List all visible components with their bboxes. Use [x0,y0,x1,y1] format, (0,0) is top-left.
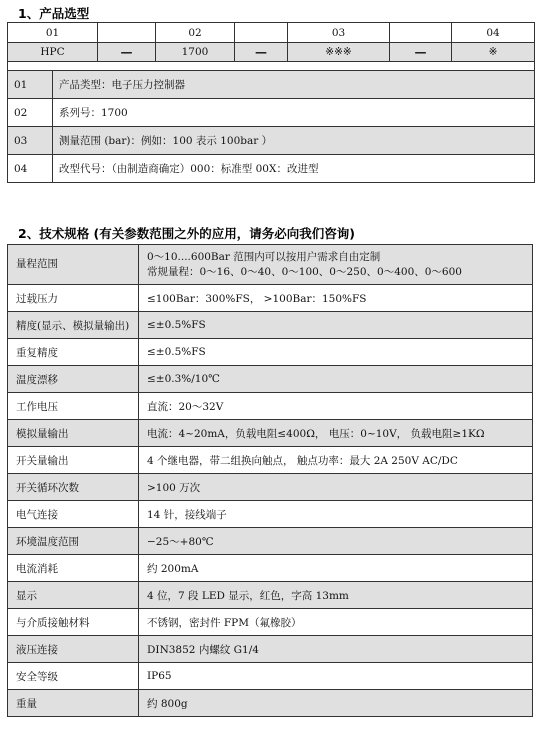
spec-label: 开关量输出 [8,447,139,474]
spec-value: ≤100Bar：300%FS， >100Bar：150%FS [139,285,533,312]
selection-header-row: 01 02 03 04 [8,23,535,43]
code-cell-range: ※※※ [288,43,390,62]
header-cell-sep3 [390,23,452,43]
spec-label: 安全等级 [8,663,139,690]
spec-row: 重量约 800g [8,690,533,717]
spec-value: 电流：4~20mA，负载电阻≤400Ω， 电压：0~10V， 负载电阻≥1KΩ [139,420,533,447]
spec-value: >100 万次 [139,474,533,501]
spec-value: 直流：20～32V [139,393,533,420]
desc-text: 改型代号：（由制造商确定）000：标准型 00X：改进型 [53,155,535,183]
spec-row: 开关循环次数>100 万次 [8,474,533,501]
code-cell-hpc: HPC [8,43,98,62]
header-cell-03: 03 [288,23,390,43]
desc-code: 02 [8,99,53,127]
desc-row: 04 改型代号：（由制造商确定）000：标准型 00X：改进型 [8,155,535,183]
spec-label: 电气连接 [8,501,139,528]
spec-row: 量程范围 0～10....600Bar 范围内可以按用户需求自由定制 常规量程：… [8,245,533,285]
spec-label: 精度(显示、模拟量输出) [8,312,139,339]
spec-row: 工作电压直流：20～32V [8,393,533,420]
code-dash-3: — [390,43,452,62]
spec-label: 重量 [8,690,139,717]
header-cell-sep2 [235,23,288,43]
desc-text: 测量范围 (bar)：例如：100 表示 100bar ） [53,127,535,155]
section1-title: 1、产品选型 [18,4,89,22]
spec-label: 与介质接触材料 [8,609,139,636]
spec-label: 开关循环次数 [8,474,139,501]
spec-row: 电气连接14 针，接线端子 [8,501,533,528]
spec-value: 不锈钢，密封件 FPM（氟橡胶） [139,609,533,636]
spec-row: 与介质接触材料不锈钢，密封件 FPM（氟橡胶） [8,609,533,636]
spec-row: 液压连接DIN3852 内螺纹 G1/4 [8,636,533,663]
header-cell-02: 02 [156,23,235,43]
code-cell-variant: ※ [452,43,535,62]
spec-row: 过载压力≤100Bar：300%FS， >100Bar：150%FS [8,285,533,312]
spec-label: 显示 [8,582,139,609]
spec-row: 重复精度≤±0.5%FS [8,339,533,366]
spec-value: 4 个继电器，带二组换向触点， 触点功率：最大 2A 250V AC/DC [139,447,533,474]
code-dash-2: — [235,43,288,62]
spacer-cell [8,62,535,71]
selection-code-row: HPC — 1700 — ※※※ — ※ [8,43,535,62]
desc-row: 03 测量范围 (bar)：例如：100 表示 100bar ） [8,127,535,155]
desc-row: 02 系列号：1700 [8,99,535,127]
header-cell-sep1 [98,23,156,43]
header-cell-04: 04 [452,23,535,43]
spec-label: 液压连接 [8,636,139,663]
spec-value: DIN3852 内螺纹 G1/4 [139,636,533,663]
spec-row: 精度(显示、模拟量输出)≤±0.5%FS [8,312,533,339]
spec-label: 工作电压 [8,393,139,420]
spec-label: 模拟量输出 [8,420,139,447]
spec-label: 量程范围 [8,245,139,285]
desc-code: 04 [8,155,53,183]
spec-value-line1: 0～10....600Bar 范围内可以按用户需求自由定制 [147,250,532,265]
spec-row: 环境温度范围−25～+80℃ [8,528,533,555]
code-dash-1: — [98,43,156,62]
spec-value: ≤±0.3%/10℃ [139,366,533,393]
spec-value: 约 800g [139,690,533,717]
spec-label: 过载压力 [8,285,139,312]
spec-value: 4 位，7 段 LED 显示，红色，字高 13mm [139,582,533,609]
desc-text: 产品类型：电子压力控制器 [53,71,535,99]
spec-value: ≤±0.5%FS [139,339,533,366]
spec-value: 约 200mA [139,555,533,582]
spec-value: 14 针，接线端子 [139,501,533,528]
desc-code: 03 [8,127,53,155]
spec-row: 电流消耗约 200mA [8,555,533,582]
model-selection-table: 01 02 03 04 HPC — 1700 — ※※※ — ※ 01 产品类型… [7,22,535,183]
spec-row: 开关量输出4 个继电器，带二组换向触点， 触点功率：最大 2A 250V AC/… [8,447,533,474]
spec-row: 模拟量输出电流：4~20mA，负载电阻≤400Ω， 电压：0~10V， 负载电阻… [8,420,533,447]
spec-row: 显示4 位，7 段 LED 显示，红色，字高 13mm [8,582,533,609]
desc-text: 系列号：1700 [53,99,535,127]
desc-code: 01 [8,71,53,99]
spec-label: 温度漂移 [8,366,139,393]
spec-label: 重复精度 [8,339,139,366]
spec-value: ≤±0.5%FS [139,312,533,339]
spec-value: IP65 [139,663,533,690]
spec-row: 安全等级IP65 [8,663,533,690]
desc-row: 01 产品类型：电子压力控制器 [8,71,535,99]
spec-value: −25～+80℃ [139,528,533,555]
spec-value-line2: 常规量程：0～16、0～40、0～100、0～250、0～400、0～600 [147,265,532,280]
spacer-row [8,62,535,71]
spec-label: 电流消耗 [8,555,139,582]
section2-title: 2、技术规格 (有关参数范围之外的应用，请务必向我们咨询) [18,224,355,242]
spec-label: 环境温度范围 [8,528,139,555]
header-cell-01: 01 [8,23,98,43]
spec-row: 温度漂移≤±0.3%/10℃ [8,366,533,393]
code-cell-series: 1700 [156,43,235,62]
spec-table: 量程范围 0～10....600Bar 范围内可以按用户需求自由定制 常规量程：… [7,244,533,717]
spec-value: 0～10....600Bar 范围内可以按用户需求自由定制 常规量程：0～16、… [139,245,533,285]
